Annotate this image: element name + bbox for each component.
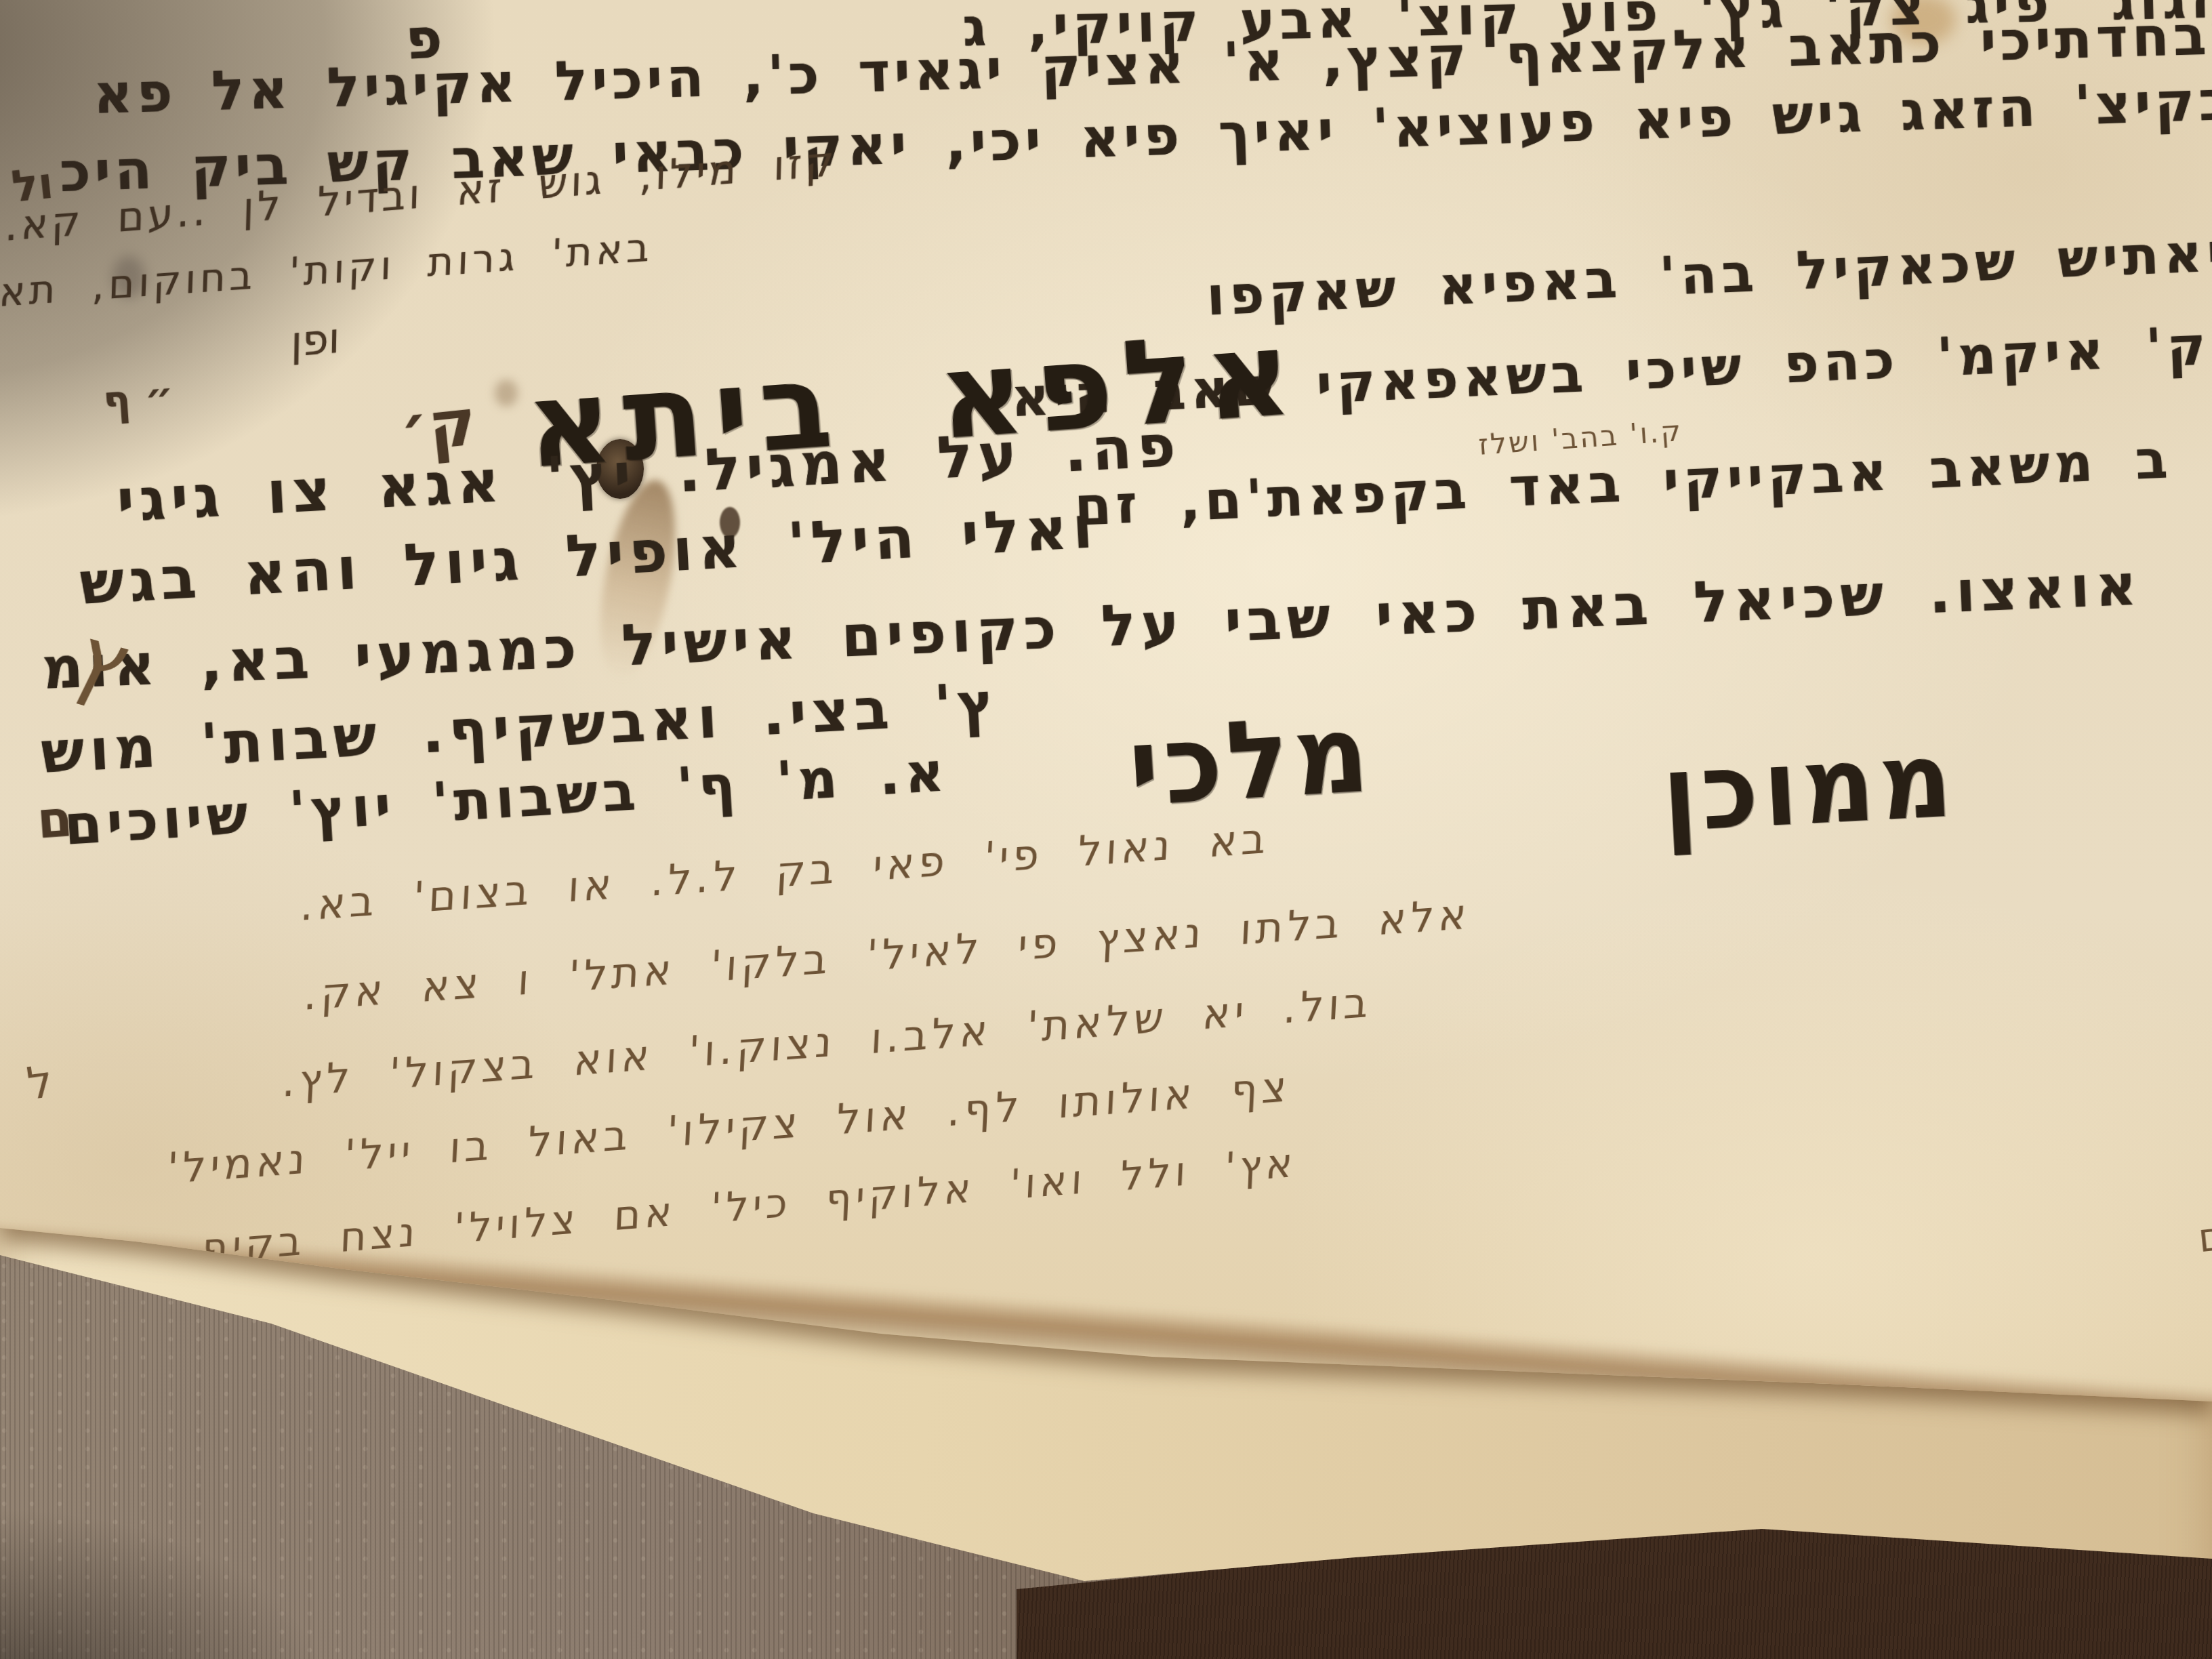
text-line-right-0: יאתיש שכאקיל בה' באפיא שאקפו	[1205, 222, 2212, 328]
edge-fragment: ום	[2196, 1212, 2212, 1261]
margin-note-3: ופן	[291, 313, 341, 367]
margin-letter: ם	[35, 789, 74, 849]
parchment-page: פ וזגוג' פיג צק' גץ' פוע קוצ' אבע קויקי,…	[0, 0, 2212, 1659]
ink-smudge	[495, 380, 518, 407]
margin-note-4: ״ ף	[102, 373, 176, 426]
catchword-right: ממוכן	[1659, 718, 1959, 855]
catchword-left: מלכי	[1125, 690, 1376, 831]
lower-margin-mark: ל	[24, 1055, 56, 1110]
parchment-page-wrap: פ וזגוג' פיג צק' גץ' פוע קוצ' אבע קויקי,…	[0, 0, 2212, 1659]
manuscript-photo: פ וזגוג' פיג צק' גץ' פוע קוצ' אבע קויקי,…	[0, 0, 2212, 1659]
